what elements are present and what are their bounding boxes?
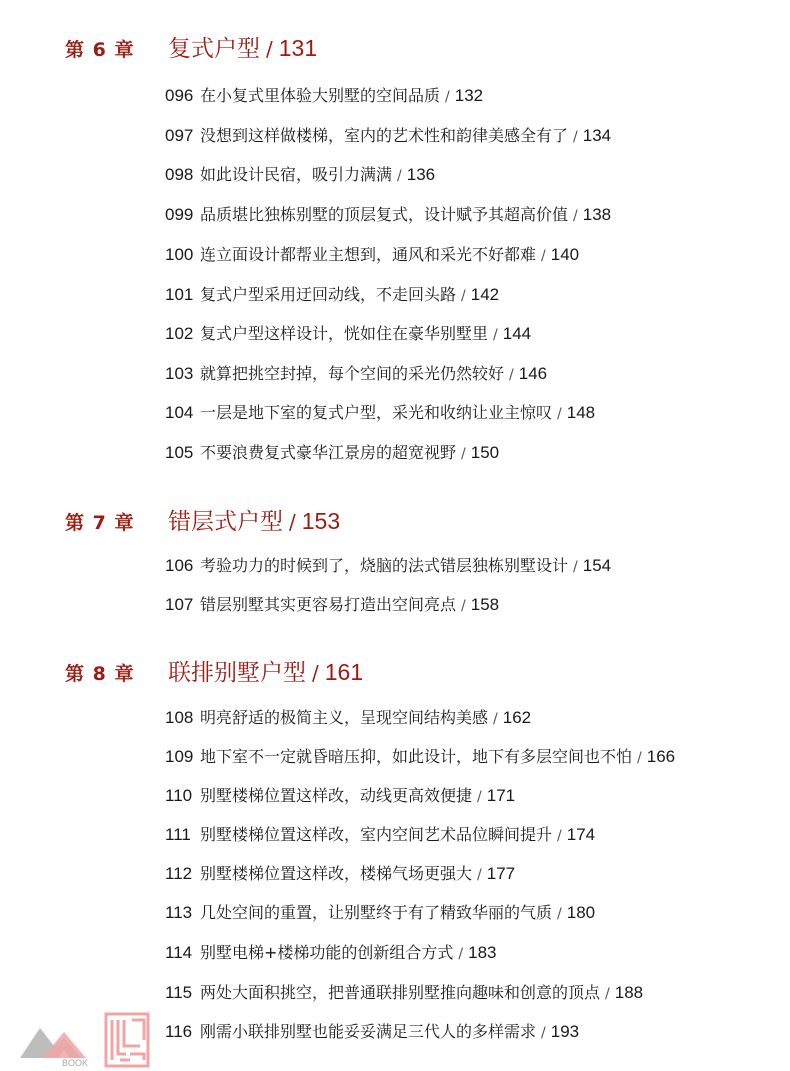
toc-item: 102复式户型这样设计，恍如住在豪华别墅里/144	[165, 321, 531, 345]
toc-item: 106考验功力的时候到了，烧脑的法式错层独栋别墅设计/154	[165, 553, 611, 577]
toc-item: 105不要浪费复式豪华江景房的超宽视野/150	[165, 440, 499, 464]
chapter-title: 复式户型	[168, 30, 260, 63]
separator: /	[493, 327, 498, 343]
chapter-page: 161	[325, 659, 363, 686]
book-logo-icon: BOOK	[20, 1010, 170, 1070]
toc-item: 114别墅电梯+楼梯功能的创新组合方式/183	[165, 940, 497, 964]
toc-item: 097没想到这样做楼梯，室内的艺术性和韵律美感全有了/134	[165, 123, 611, 147]
item-page: 180	[567, 903, 595, 923]
item-page: 166	[647, 747, 675, 767]
item-number: 098	[165, 165, 200, 185]
item-title: 一层是地下室的复式户型，采光和收纳让业主惊叹	[200, 400, 552, 423]
separator: /	[461, 598, 466, 614]
item-title: 没想到这样做楼梯，室内的艺术性和韵律美感全有了	[200, 123, 568, 146]
toc-item: 100连立面设计都帮业主想到，通风和采光不好都难/140	[165, 242, 579, 266]
separator: /	[461, 446, 466, 462]
item-number: 115	[165, 983, 200, 1003]
separator: /	[637, 750, 642, 766]
item-title: 别墅楼梯位置这样改，动线更高效便捷	[200, 783, 472, 806]
separator: /	[493, 711, 498, 727]
item-number: 097	[165, 126, 200, 146]
separator: /	[445, 89, 450, 105]
item-title: 别墅电梯+楼梯功能的创新组合方式	[200, 940, 453, 963]
chapter-heading-6: 第 6 章 复式户型 / 131	[65, 30, 317, 60]
item-page: 136	[407, 165, 435, 185]
item-page: 158	[471, 595, 499, 615]
item-number: 100	[165, 245, 200, 265]
item-title: 复式户型这样设计，恍如住在豪华别墅里	[200, 321, 488, 344]
toc-item: 104一层是地下室的复式户型，采光和收纳让业主惊叹/148	[165, 400, 595, 424]
item-title: 在小复式里体验大别墅的空间品质	[200, 83, 440, 106]
item-page: 193	[551, 1022, 579, 1042]
item-number: 101	[165, 285, 200, 305]
watermark: BOOK	[20, 1010, 170, 1070]
item-title: 复式户型采用迂回动线，不走回头路	[200, 282, 456, 305]
item-title: 两处大面积挑空，把普通联排别墅推向趣味和创意的顶点	[200, 980, 600, 1003]
separator: /	[605, 986, 610, 1002]
separator: /	[461, 288, 466, 304]
item-page: 138	[583, 205, 611, 225]
chapter-heading-8: 第 8 章 联排别墅户型 / 161	[65, 654, 363, 684]
chapter-label: 第 6 章	[65, 35, 168, 62]
item-page: 177	[487, 864, 515, 884]
item-number: 099	[165, 205, 200, 225]
separator: /	[397, 168, 402, 184]
item-page: 174	[567, 825, 595, 845]
toc-item: 109地下室不一定就昏暗压抑，如此设计，地下有多层空间也不怕/166	[165, 744, 675, 768]
separator: /	[509, 367, 514, 383]
toc-item: 107错层别墅其实更容易打造出空间亮点/158	[165, 592, 499, 616]
item-title: 地下室不一定就昏暗压抑，如此设计，地下有多层空间也不怕	[200, 744, 632, 767]
item-number: 116	[165, 1022, 200, 1042]
chapter-page: 131	[279, 35, 317, 62]
toc-item: 116刚需小联排别墅也能妥妥满足三代人的多样需求/193	[165, 1019, 579, 1043]
toc-item: 099品质堪比独栋别墅的顶层复式，设计赋予其超高价值/138	[165, 202, 611, 226]
toc-item: 103就算把挑空封掉，每个空间的采光仍然较好/146	[165, 361, 547, 385]
item-title: 刚需小联排别墅也能妥妥满足三代人的多样需求	[200, 1019, 536, 1042]
item-title: 如此设计民宿，吸引力满满	[200, 162, 392, 185]
item-number: 105	[165, 443, 200, 463]
separator: /	[573, 129, 578, 145]
item-title: 考验功力的时候到了，烧脑的法式错层独栋别墅设计	[200, 553, 568, 576]
item-title: 几处空间的重置，让别墅终于有了精致华丽的气质	[200, 900, 552, 923]
separator: /	[477, 789, 482, 805]
chapter-label: 第 7 章	[65, 508, 168, 535]
item-number: 112	[165, 864, 200, 884]
item-number: 111	[165, 825, 200, 845]
item-number: 104	[165, 403, 200, 423]
item-number: 109	[165, 747, 200, 767]
toc-item: 096在小复式里体验大别墅的空间品质/132	[165, 83, 483, 107]
item-page: 154	[583, 556, 611, 576]
separator: /	[557, 906, 562, 922]
item-number: 096	[165, 86, 200, 106]
item-number: 110	[165, 786, 200, 806]
toc-item: 115两处大面积挑空，把普通联排别墅推向趣味和创意的顶点/188	[165, 980, 643, 1004]
toc-item: 108明亮舒适的极简主义，呈现空间结构美感/162	[165, 705, 531, 729]
chapter-heading-7: 第 7 章 错层式户型 / 153	[65, 503, 340, 533]
toc-item: 111别墅楼梯位置这样改，室内空间艺术品位瞬间提升/174	[165, 822, 595, 846]
item-title: 就算把挑空封掉，每个空间的采光仍然较好	[200, 361, 504, 384]
toc-item: 098如此设计民宿，吸引力满满/136	[165, 162, 435, 186]
svg-text:BOOK: BOOK	[62, 1058, 88, 1068]
toc-item: 101复式户型采用迂回动线，不走回头路/142	[165, 282, 499, 306]
item-title: 不要浪费复式豪华江景房的超宽视野	[200, 440, 456, 463]
item-number: 102	[165, 324, 200, 344]
toc-item: 112别墅楼梯位置这样改，楼梯气场更强大/177	[165, 861, 515, 885]
item-page: 162	[503, 708, 531, 728]
chapter-title: 联排别墅户型	[168, 654, 306, 687]
separator: /	[477, 867, 482, 883]
item-page: 148	[567, 403, 595, 423]
item-page: 188	[615, 983, 643, 1003]
separator: /	[541, 248, 546, 264]
item-page: 171	[487, 786, 515, 806]
item-number: 114	[165, 943, 200, 963]
item-title: 明亮舒适的极简主义，呈现空间结构美感	[200, 705, 488, 728]
separator: /	[541, 1025, 546, 1041]
chapter-title: 错层式户型	[168, 503, 283, 536]
item-page: 146	[519, 364, 547, 384]
toc-item: 113几处空间的重置，让别墅终于有了精致华丽的气质/180	[165, 900, 595, 924]
item-number: 107	[165, 595, 200, 615]
item-page: 144	[503, 324, 531, 344]
item-page: 142	[471, 285, 499, 305]
chapter-page: 153	[302, 508, 340, 535]
item-title: 别墅楼梯位置这样改，室内空间艺术品位瞬间提升	[200, 822, 552, 845]
item-title: 别墅楼梯位置这样改，楼梯气场更强大	[200, 861, 472, 884]
item-number: 106	[165, 556, 200, 576]
item-page: 140	[551, 245, 579, 265]
separator: /	[573, 559, 578, 575]
separator: /	[312, 661, 319, 685]
item-title: 连立面设计都帮业主想到，通风和采光不好都难	[200, 242, 536, 265]
chapter-label: 第 8 章	[65, 659, 168, 686]
separator: /	[557, 406, 562, 422]
item-number: 113	[165, 903, 200, 923]
item-page: 134	[583, 126, 611, 146]
separator: /	[573, 208, 578, 224]
item-number: 103	[165, 364, 200, 384]
item-page: 132	[455, 86, 483, 106]
toc-item: 110别墅楼梯位置这样改，动线更高效便捷/171	[165, 783, 515, 807]
item-title: 错层别墅其实更容易打造出空间亮点	[200, 592, 456, 615]
separator: /	[458, 946, 463, 962]
item-number: 108	[165, 708, 200, 728]
item-page: 183	[468, 943, 496, 963]
separator: /	[289, 510, 296, 534]
item-title: 品质堪比独栋别墅的顶层复式，设计赋予其超高价值	[200, 202, 568, 225]
separator: /	[557, 828, 562, 844]
separator: /	[266, 37, 273, 61]
item-page: 150	[471, 443, 499, 463]
